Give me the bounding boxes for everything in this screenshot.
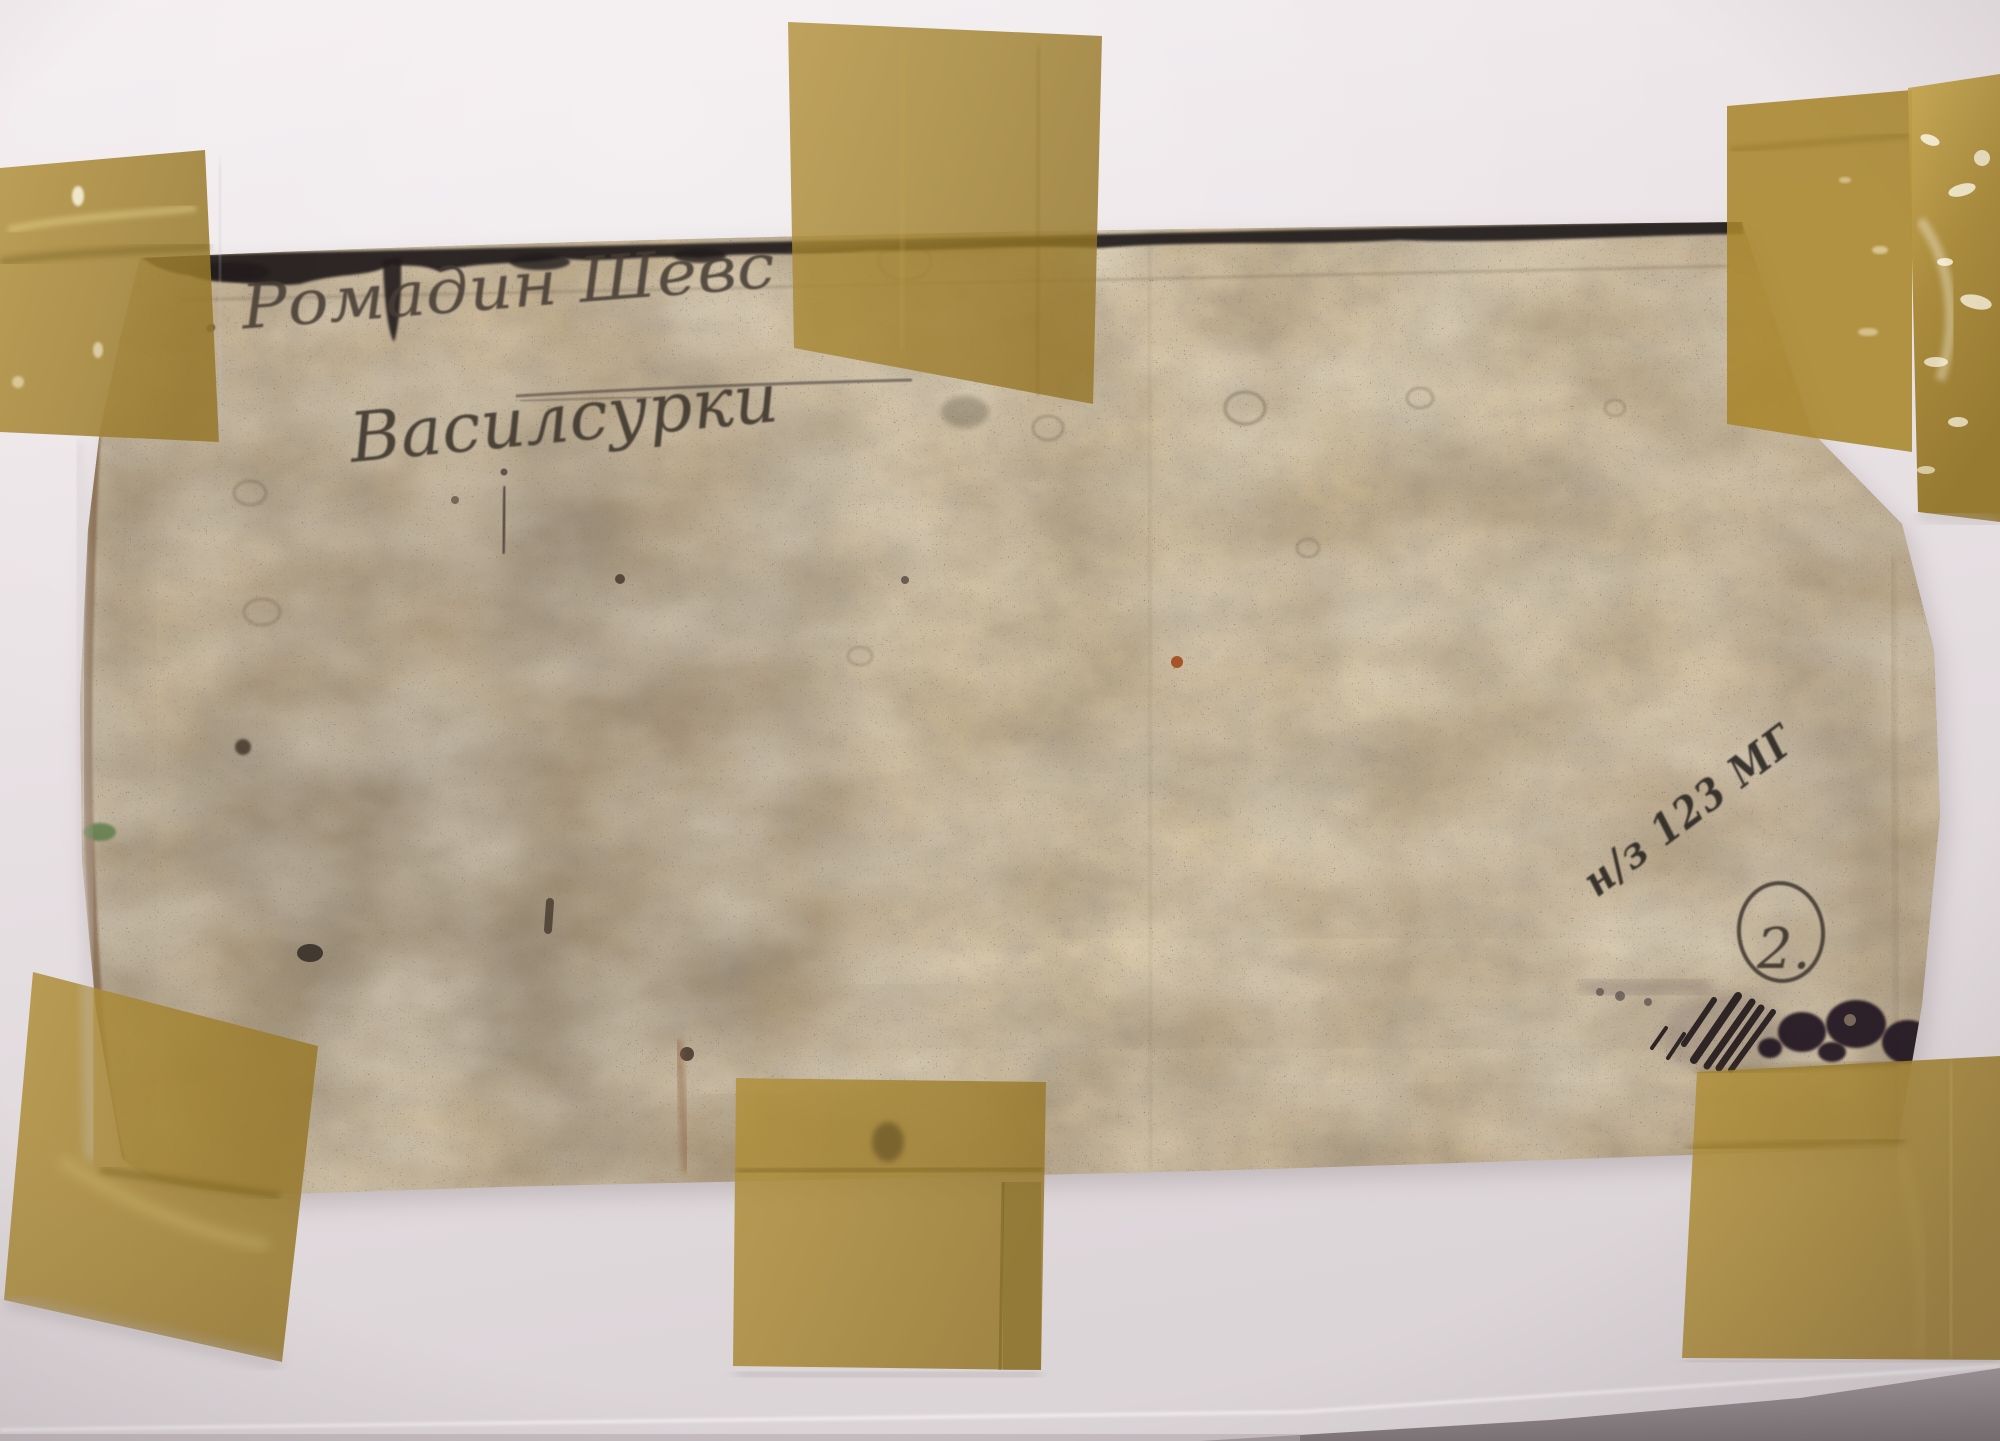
photo-artwork-back: . Ромадин Шевс Василсурки н/з 123 МГ 2.: [0, 0, 2000, 1441]
vignette: [0, 0, 2000, 1441]
